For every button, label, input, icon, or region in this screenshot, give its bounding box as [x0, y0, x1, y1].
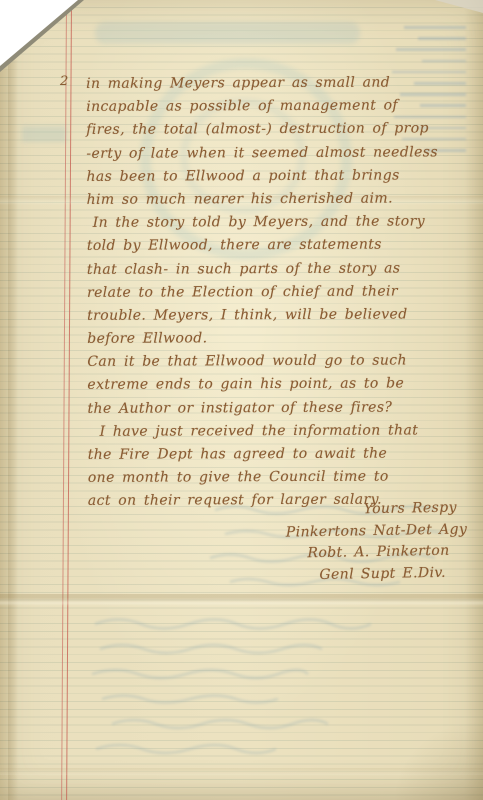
agency-name: Pinkertons Nat-Det Agy: [285, 519, 467, 544]
signature-block: Yours Respy Pinkertons Nat-Det Agy Robt.…: [285, 497, 468, 586]
corner-shadow-bottom-right: [393, 720, 483, 800]
handwriting-line: in making Meyers appear as small and: [86, 71, 478, 96]
handwriting-line: fires, the total (almost-) destruction o…: [86, 118, 478, 143]
handwriting-line: extreme ends to gain his point, as to be: [87, 373, 479, 398]
handwriting-line: has been to Ellwood a point that brings: [86, 164, 478, 189]
handwriting-line: trouble. Meyers, I think, will be believ…: [87, 303, 479, 328]
handwriting-line: I have just received the information tha…: [88, 419, 480, 444]
handwriting-line: the Author or instigator of these fires?: [87, 396, 479, 421]
handwriting-line: Can it be that Ellwood would go to such: [87, 349, 479, 374]
handwriting-line: him so much nearer his cherished aim.: [87, 187, 479, 212]
handwriting-line: incapable as possible of management of: [86, 94, 478, 119]
handwriting-line: that clash- in such parts of the story a…: [87, 257, 479, 282]
page-number: 2: [60, 74, 68, 89]
signature-title: Genl Supt E.Div.: [286, 562, 468, 587]
document-page: 2 in making Meyers appear as small and i…: [0, 0, 483, 800]
handwriting-line: -erty of late when it seemed almost need…: [86, 141, 478, 166]
handwriting-line: relate to the Election of chief and thei…: [87, 280, 479, 305]
fold-crease-lower: [0, 594, 483, 606]
handwriting-line: one month to give the Council time to: [88, 465, 480, 490]
closing-salutation: Yours Respy: [285, 497, 467, 522]
handwriting-line: In the story told by Meyers, and the sto…: [87, 210, 479, 235]
handwriting-line: the Fire Dept has agreed to await the: [88, 442, 480, 467]
handwriting-body: in making Meyers appear as small and inc…: [86, 71, 480, 513]
handwriting-line: told by Ellwood, there are statements: [87, 233, 479, 258]
handwriting-line: before Ellwood.: [87, 326, 479, 351]
signature-name: Robt. A. Pinkerton: [286, 540, 468, 565]
